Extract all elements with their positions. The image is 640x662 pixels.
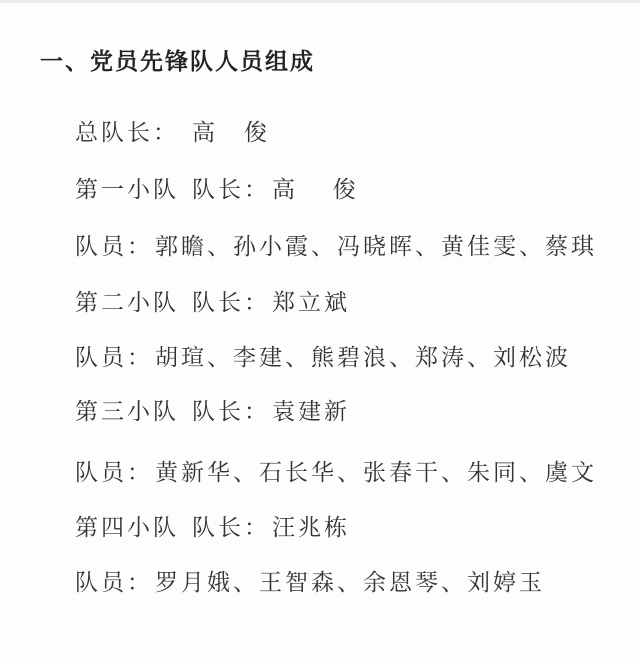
team2-members-names: 胡瑄、李建、熊碧浪、郑涛、刘松波: [155, 345, 571, 370]
team4-members-line: 队员：罗月娥、王智森、余恩琴、刘婷玉: [40, 548, 545, 617]
team2-leader-name: 郑立斌: [272, 290, 350, 315]
team1-leader-name: 高 俊: [272, 177, 359, 202]
team2-leader-label: 队长：: [192, 290, 270, 315]
team3-leader-name: 袁建新: [272, 399, 350, 424]
chief-leader-label: 总队长：: [75, 120, 179, 145]
team1-leader-label: 队长：: [192, 177, 270, 202]
team2-name: 第二小队: [75, 290, 179, 315]
team1-members-names: 郭瞻、孙小霞、冯晓晖、黄佳雯、蔡琪: [155, 234, 597, 259]
team3-members-label: 队员：: [75, 460, 153, 485]
page-top-edge: [0, 0, 640, 3]
team2-members-label: 队员：: [75, 345, 153, 370]
team3-members-names: 黄新华、石长华、张春干、朱同、虞文: [155, 460, 597, 485]
team1-members-label: 队员：: [75, 234, 153, 259]
document-heading: 一、党员先锋队人员组成: [40, 43, 315, 76]
chief-leader-name: 高 俊: [192, 120, 270, 145]
team3-leader-label: 队长：: [192, 399, 270, 424]
document-page: 一、党员先锋队人员组成 总队长：高 俊 第一小队队长：高 俊 队员：郭瞻、孙小霞…: [0, 0, 640, 662]
team3-leader-line: 第三小队队长：袁建新: [40, 377, 350, 446]
team4-leader-name: 汪兆栋: [272, 515, 350, 540]
team1-name: 第一小队: [75, 177, 179, 202]
team4-leader-label: 队长：: [192, 515, 270, 540]
team4-members-names: 罗月娥、王智森、余恩琴、刘婷玉: [155, 570, 545, 595]
team3-name: 第三小队: [75, 399, 179, 424]
team4-members-label: 队员：: [75, 570, 153, 595]
team4-name: 第四小队: [75, 515, 179, 540]
